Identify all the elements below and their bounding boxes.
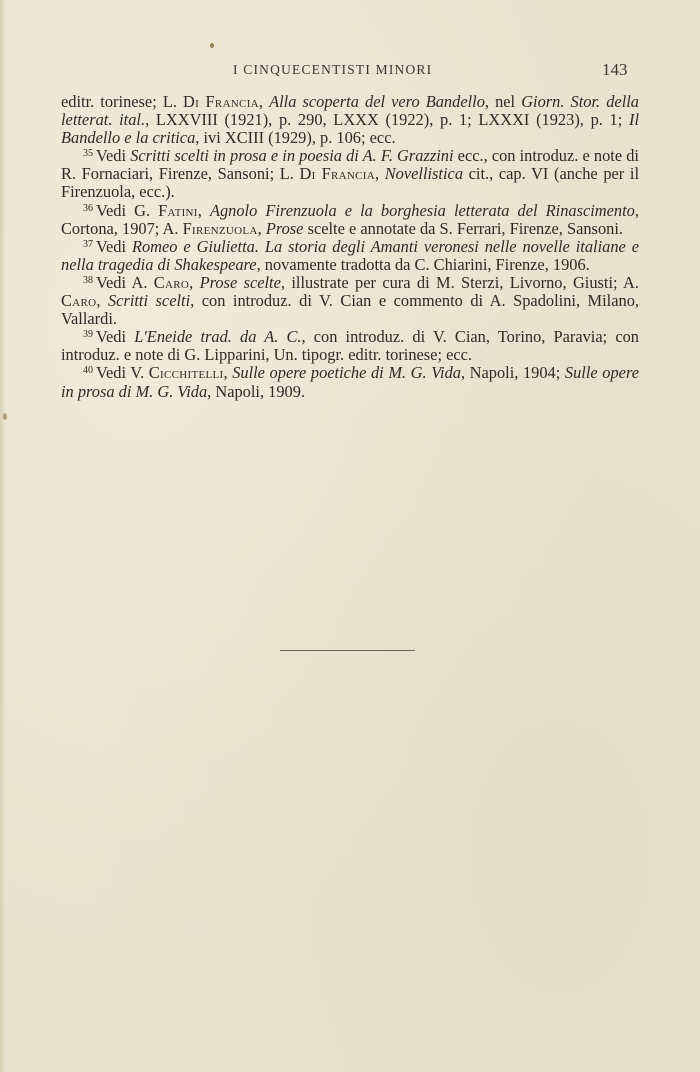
page-number: 143: [602, 60, 628, 80]
work-title: L'Eneide trad. da A. C.: [134, 327, 301, 346]
footnote-36: 36Vedi G. Fatini, Agnolo Firenzuola e la…: [61, 202, 639, 238]
text: , novamente tradotta da C. Chiarini, Fir…: [257, 255, 590, 274]
footnote-number: 36: [83, 203, 93, 214]
work-title: Alla scoperta del vero Bandello: [269, 92, 485, 111]
running-head: I CINQUECENTISTI MINORI 143: [0, 62, 700, 82]
work-title: Sulle opere poetiche di M. G. Vida: [232, 363, 461, 382]
text: editr. torinese; L.: [61, 92, 183, 111]
footnote-number: 40: [83, 365, 93, 376]
text: Vedi A.: [96, 273, 154, 292]
text: , ivi XCIII (1929), p. 106; ecc.: [195, 128, 395, 147]
text: Vedi G.: [96, 201, 158, 220]
text: Vedi V.: [96, 363, 149, 382]
work-title: Agnolo Firenzuola e la borghesia lettera…: [210, 201, 635, 220]
text: , LXXVIII (1921), p. 290, LXXX (1922), p…: [145, 110, 629, 129]
author-name: Di Francia: [183, 92, 259, 111]
text: Vedi: [96, 237, 132, 256]
author-name: Caro: [61, 291, 96, 310]
work-title: Prose: [266, 219, 304, 238]
footnote-35: 35Vedi Scritti scelti in prosa e in poes…: [61, 147, 639, 201]
work-title: Scritti scelti: [108, 291, 190, 310]
text: , Napoli, 1904;: [461, 363, 565, 382]
footnote-40: 40Vedi V. Cicchitelli, Sulle opere poeti…: [61, 364, 639, 400]
paper-speck: [210, 43, 214, 48]
text: Vedi: [96, 327, 134, 346]
text: , nel: [485, 92, 521, 111]
page-edge-shadow: [0, 0, 6, 1072]
text: ,: [375, 164, 385, 183]
text: ,: [198, 201, 210, 220]
text: ,: [96, 291, 108, 310]
text: ,: [223, 363, 232, 382]
text: Vedi: [96, 146, 130, 165]
text: , illustrate per cura di M. Sterzi, Livo…: [281, 273, 639, 292]
text: ,: [258, 219, 266, 238]
text: ,: [259, 92, 269, 111]
footnote-continuation: editr. torinese; L. Di Francia, Alla sco…: [61, 93, 639, 147]
footnote-38: 38Vedi A. Caro, Prose scelte, illustrate…: [61, 274, 639, 328]
book-page: I CINQUECENTISTI MINORI 143 editr. torin…: [0, 0, 700, 1072]
text: ,: [189, 273, 199, 292]
work-title: Scritti scelti in prosa e in poesia di A…: [130, 146, 453, 165]
footnote-number: 39: [83, 329, 93, 340]
work-title: Prose scelte: [200, 273, 281, 292]
text: , Napoli, 1909.: [207, 382, 305, 401]
footnote-number: 37: [83, 239, 93, 250]
footnote-number: 38: [83, 275, 93, 286]
footnote-number: 35: [83, 148, 93, 159]
author-name: Cicchitelli: [149, 363, 224, 382]
work-title: Novellistica: [385, 164, 463, 183]
footnote-39: 39Vedi L'Eneide trad. da A. C., con intr…: [61, 328, 639, 364]
author-name: Firenzuola: [183, 219, 258, 238]
author-name: Di Francia: [300, 164, 375, 183]
footnotes: editr. torinese; L. Di Francia, Alla sco…: [61, 93, 639, 401]
footnote-37: 37Vedi Romeo e Giulietta. La storia degl…: [61, 238, 639, 274]
paper-speck: [3, 413, 7, 420]
author-name: Caro: [154, 273, 189, 292]
running-title: I CINQUECENTISTI MINORI: [233, 62, 432, 78]
author-name: Fatini: [158, 201, 198, 220]
text: scelte e annotate da S. Ferrari, Firenze…: [303, 219, 623, 238]
section-end-rule: [280, 650, 415, 651]
